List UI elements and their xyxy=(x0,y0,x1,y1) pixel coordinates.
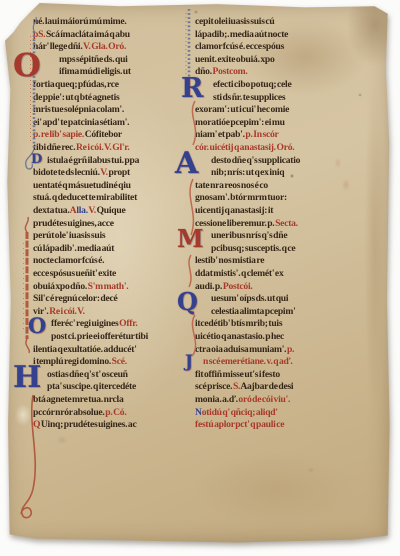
text-line: cessione liberemur. p. Secta. xyxy=(195,218,348,231)
text-segment: Aajbar de desi xyxy=(240,381,293,392)
text-line: de ppie': ut q bté agnetis xyxy=(33,92,181,105)
text-segment: itcedétib' btís mrib; tuis xyxy=(195,318,282,329)
text-line: ei' apd' te patcinia sétiam'. xyxy=(33,117,181,130)
text-line: dño. Postcom. xyxy=(195,66,348,79)
text-segment: otidú q' qñciq; aliqď xyxy=(202,407,277,418)
text-line: Sil'c é regnú celor: decé xyxy=(33,293,181,306)
text-line: ddat mistis'. q clemét' ex xyxy=(195,268,348,281)
text-segment: prudétes uigines, acce xyxy=(33,218,114,229)
text-segment: fit offiñ misse ut's i festo xyxy=(195,369,280,380)
text-line: mris tue solépnia colam'. xyxy=(33,104,181,117)
text-segment: desto dñe q's supplicatio xyxy=(211,155,300,166)
text-line: obuiá xpo dño. S'm math'. xyxy=(33,281,181,294)
text-segment: Offr. xyxy=(119,318,137,329)
text-segment: tate nra reos nos é co xyxy=(195,180,268,191)
text-line: stuá. q deducet te mirabilitet xyxy=(33,192,181,205)
text-segment: p. Có. xyxy=(105,407,126,418)
text-line: nocte clamor fcús é. xyxy=(33,255,181,268)
text-line: uesum' oíps ds. ut qui xyxy=(195,293,348,306)
text-segment: p. In scór xyxy=(245,129,278,140)
text-line: itcedétib' btís mrib; tuis xyxy=(195,318,348,331)
illuminated-initial: H xyxy=(13,363,41,393)
text-segment: p. re lib' sapie. xyxy=(33,129,85,140)
text-line: n scé emerétiane. v. q aď. xyxy=(195,356,348,369)
text-line: festú aplor pct' q pauli ce xyxy=(195,419,348,432)
text-segment: uicentij q anastasij: it xyxy=(195,205,273,216)
text-line: ilentia q exultatióe. adducét' xyxy=(33,344,181,357)
text-segment: p. xyxy=(287,344,294,355)
text-segment: monia. a.ď. xyxy=(195,394,238,405)
text-segment: n scé emerétiane. v. q aď. xyxy=(203,356,292,367)
text-segment: i templú regi domino. xyxy=(33,356,112,367)
text-segment: fferéc' regi uigines xyxy=(51,318,119,329)
text-line: pS. Scá ímacláta imá q abu xyxy=(33,29,181,42)
illuminated-initial: J xyxy=(185,354,193,371)
text-line: lestib' nos mistia re xyxy=(195,255,348,268)
text-line: lápadib;. media aút nocte xyxy=(195,29,348,42)
text-line: fferéc' regi uigines Offr. xyxy=(33,318,181,331)
illuminated-initial: M xyxy=(177,227,204,251)
text-line: Notidú q' qñciq; aliqď xyxy=(195,407,348,420)
text-segment: lápadib;. media aút nocte xyxy=(195,29,288,40)
text-line: cór. uicétij q anastasij. Oró. xyxy=(195,142,348,155)
text-line: tate nra reos nos é co xyxy=(195,180,348,193)
text-segment: scé prisce. xyxy=(195,381,233,392)
text-segment: istula é grñ ilabus tui. ppa xyxy=(47,155,139,166)
text-segment: Scé. xyxy=(112,356,127,367)
text-line: sti ds ñr. te supplices xyxy=(195,92,348,105)
text-segment: Cófitebor xyxy=(85,129,122,140)
text-line: celestia alimta pcepim' xyxy=(195,306,348,319)
text-segment: lla. xyxy=(76,205,88,216)
illuminated-initial: D xyxy=(31,153,42,166)
text-segment: pccór nrór absolue. xyxy=(33,407,105,418)
text-line: ifima múdi eligis. ut xyxy=(33,66,181,79)
text-segment: de ppie': ut q bté agnetis xyxy=(33,92,119,103)
text-segment: Postcói. xyxy=(223,281,253,292)
text-segment: perút ole' iuasis suis xyxy=(33,230,105,241)
text-segment: festú aplor pct' q pauli ce xyxy=(195,419,284,430)
text-segment: V. xyxy=(88,205,96,216)
text-line: hár' llege dñi. V. Gla. Oró. xyxy=(33,41,181,54)
text-line: ctra oia aduisa muniam'. p. xyxy=(195,344,348,357)
text-segment: nocte clamor fcús é. xyxy=(33,255,104,266)
text-segment: cór. uicétij q anastasij. Oró. xyxy=(195,142,294,153)
text-line: btá agnete mre tua. nrcla xyxy=(33,394,181,407)
text-line: nib; nrís: ut q ex iniq xyxy=(195,167,348,180)
text-segment: post ci. prie ei offerétur tibi xyxy=(51,331,148,342)
text-line: gnosam'. btór mrm tuor: xyxy=(195,192,348,205)
text-segment: pS. xyxy=(33,29,46,40)
text-column-right: cepit olei iuasis suis cúlápadib;. media… xyxy=(195,16,348,543)
text-segment: ostias dñe q's t' osceuñ xyxy=(47,369,128,380)
text-line: pcibusq; susceptis. q ce xyxy=(195,243,348,256)
text-segment: propt xyxy=(108,167,130,178)
text-line: bidote te ds lecniú. V. propt xyxy=(33,167,181,180)
text-segment: exoram': ut i cui' hec omie xyxy=(195,104,289,115)
text-line: monia. a.ď. oró de cói viu'. xyxy=(195,394,348,407)
illuminated-initial: O xyxy=(13,49,41,81)
text-segment: Secta. xyxy=(275,218,298,229)
text-segment: uicétio q anastasio. p hec xyxy=(195,331,284,342)
text-line: efecti cibo potuq; cele xyxy=(195,79,348,92)
text-line: dexta tua. Alla. V. Quique xyxy=(33,205,181,218)
text-segment: cessione liberemur. p. xyxy=(195,218,275,229)
text-line: uicétio q anastasio. p hec xyxy=(195,331,348,344)
illuminated-initial: A xyxy=(175,149,198,179)
text-segment: Q xyxy=(33,419,41,430)
text-segment: nib; nrís: ut q ex iniq xyxy=(211,167,284,178)
text-line: exoram': ut i cui' hec omie xyxy=(195,104,348,117)
text-segment: Uinq; prudétes uigines. ac xyxy=(41,419,137,430)
text-segment: Re i cói. V. xyxy=(49,306,85,317)
text-line: p. re lib' sapie. Cófitebor xyxy=(33,129,181,142)
text-segment: Postcom. xyxy=(213,66,248,77)
text-segment: ifima múdi eligis. ut xyxy=(59,66,131,77)
text-line: ecce spósus ueñit' exite xyxy=(33,268,181,281)
text-line: mps sépitñe ds. qui xyxy=(33,54,181,67)
text-segment: cú lápadib'. media aút xyxy=(33,243,114,254)
text-line: cú lápadib'. media aút xyxy=(33,243,181,256)
text-segment: obuiá xpo dño. xyxy=(33,281,88,292)
text-segment: né. laui máiorú mú mime. xyxy=(33,16,127,27)
text-segment: V. Gla. Oró. xyxy=(83,41,126,52)
text-segment: Quique xyxy=(97,205,126,216)
parchment-surface: né. laui máiorú mú mime.pS. Scá ímacláta… xyxy=(5,3,390,543)
text-line: né. laui máiorú mú mime. xyxy=(33,16,181,29)
photo-background: né. laui máiorú mú mime.pS. Scá ímacláta… xyxy=(0,0,400,556)
text-segment: ecce spósus ueñit' exite xyxy=(33,268,116,279)
text-segment: pta' suscipe. q itercedéte xyxy=(47,381,136,392)
text-segment: mps sépitñe ds. qui xyxy=(59,54,128,65)
text-segment: Sil'c é regnú celor: decé xyxy=(33,293,118,304)
text-segment: sti ds ñr. te supplices xyxy=(213,92,285,103)
text-segment: lestib' nos mistia re xyxy=(195,255,264,266)
text-segment: mris tue solépnia colam'. xyxy=(33,104,124,115)
text-segment: celestia alimta pcepim' xyxy=(211,306,296,317)
illuminated-initial: Q xyxy=(177,290,198,314)
text-line: prudétes uigines, acce xyxy=(33,218,181,231)
text-line: uicentij q anastasij: it xyxy=(195,205,348,218)
text-line: cepit olei iuasis suis cú xyxy=(195,16,348,29)
text-line: pccór nrór absolue. p. Có. xyxy=(33,407,181,420)
manuscript-leaf: né. laui máiorú mú mime.pS. Scá ímacláta… xyxy=(5,3,390,543)
text-line: scé prisce. S. Aajbar de desi xyxy=(195,381,348,394)
text-line: perút ole' iuasis suis xyxy=(33,230,181,243)
text-line: clamor fcús é. ecce spóus xyxy=(195,41,348,54)
text-segment: uesum' oíps ds. ut qui xyxy=(211,293,288,304)
text-line: vir'. Re i cói. V. xyxy=(33,306,181,319)
text-line: fortia queq; pfúdas, rce xyxy=(33,79,181,92)
text-segment: dexta tua. xyxy=(33,205,70,216)
text-segment: fortia queq; pfúdas, rce xyxy=(33,79,119,90)
text-line: pta' suscipe. q itercedéte xyxy=(33,381,181,394)
text-segment: ilentia q exultatióe. adducét' xyxy=(33,344,137,355)
text-segment: uenit. exite obuiá. xpo xyxy=(195,54,275,65)
text-segment: moratióe pcepim': ei mu xyxy=(195,117,285,128)
text-segment: uentaté q másuetudiné qiu xyxy=(33,180,131,191)
text-line: uenit. exite obuiá. xpo xyxy=(195,54,348,67)
text-line: uneribus nrís q's dñe xyxy=(195,230,348,243)
text-column-left: né. laui máiorú mú mime.pS. Scá ímacláta… xyxy=(33,16,181,543)
text-segment: niam' et pab'. xyxy=(195,129,245,140)
text-segment: Scá ímacláta imá q abu xyxy=(46,29,130,40)
text-segment: N xyxy=(195,407,202,418)
text-segment: bidote te ds lecniú. xyxy=(33,167,100,178)
text-segment: pcibusq; susceptis. q ce xyxy=(211,243,295,254)
illuminated-initial: O xyxy=(28,315,46,336)
text-segment: oró de cói viu'. xyxy=(238,394,290,405)
text-line: moratióe pcepim': ei mu xyxy=(195,117,348,130)
text-segment: ddat mistis'. q clemét' ex xyxy=(195,268,284,279)
text-line: Q Uinq; prudétes uigines. ac xyxy=(33,419,181,432)
text-line: uentaté q másuetudiné qiu xyxy=(33,180,181,193)
text-line: niam' et pab'. p. In scór xyxy=(195,129,348,142)
illuminated-initial: R xyxy=(181,75,203,102)
text-line: fit offiñ misse ut's i festo xyxy=(195,369,348,382)
text-segment: audi. p. xyxy=(195,281,223,292)
text-line: post ci. prie ei offerétur tibi xyxy=(33,331,181,344)
text-segment: stuá. q deducet te mirabilitet xyxy=(33,192,137,203)
text-segment: ctra oia aduisa muniam'. xyxy=(195,344,287,355)
text-segment: cepit olei iuasis suis cú xyxy=(195,16,274,27)
text-segment: gnosam'. btór mrm tuor: xyxy=(195,192,287,203)
text-segment: uneribus nrís q's dñe xyxy=(211,230,287,241)
gutter-penwork-chain xyxy=(186,9,189,79)
text-line: audi. p. Postcói. xyxy=(195,281,348,294)
text-segment: S'm math'. xyxy=(88,281,129,292)
text-line: ostias dñe q's t' osceuñ xyxy=(33,369,181,382)
text-line: tibi dñe rec. Re i cói. V. Gl'r. xyxy=(33,142,181,155)
text-segment: efecti cibo potuq; cele xyxy=(213,79,291,90)
text-line: i templú regi domino. Scé. xyxy=(33,356,181,369)
text-segment: clamor fcús é. ecce spóus xyxy=(195,41,284,52)
text-line: desto dñe q's supplicatio xyxy=(195,155,348,168)
text-line: istula é grñ ilabus tui. ppa xyxy=(33,155,181,168)
text-segment: btá agnete mre tua. nrcla xyxy=(33,394,124,405)
text-segment: Re i cói. V. Gl'r. xyxy=(76,142,130,153)
text-segment: ei' apd' te patcinia sétiam'. xyxy=(33,117,129,128)
